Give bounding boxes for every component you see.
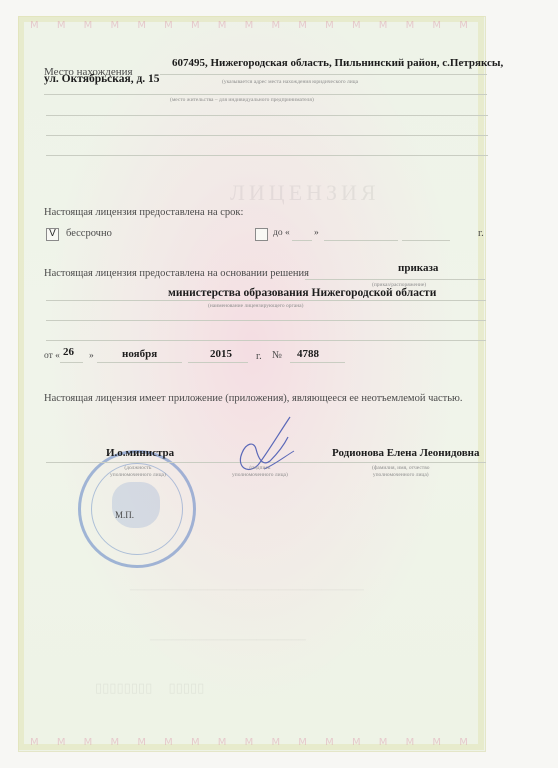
- date-day: 26: [63, 346, 74, 358]
- signatory-name: Родионова Елена Леонидовна: [332, 447, 480, 459]
- until-year-suffix: г.: [478, 228, 484, 239]
- day-rule: [60, 362, 83, 363]
- check-mark-icon: V: [49, 228, 56, 239]
- blank-rule-5: [46, 340, 486, 341]
- indefinite-checkbox[interactable]: V: [46, 228, 59, 241]
- decision-type: приказа: [398, 262, 438, 274]
- border-ornament-top: MMMMMMMMMMMMMMMMM: [30, 20, 470, 31]
- blank-rule-3: [46, 155, 488, 156]
- month-rule: [97, 362, 182, 363]
- address-rule: [160, 74, 487, 75]
- authority-rule: [46, 300, 486, 301]
- seal-label: М.П.: [115, 510, 134, 520]
- blank-rule-1: [46, 115, 488, 116]
- address-line-1: 607495, Нижегородская область, Пильнинск…: [172, 57, 503, 69]
- licensing-authority: министерства образования Нижегородской о…: [168, 287, 436, 299]
- date-year: 2015: [210, 348, 232, 360]
- coat-of-arms-icon: [112, 482, 160, 528]
- decision-type-rule: [305, 279, 485, 280]
- blank-rule-4: [46, 320, 486, 321]
- order-number: 4788: [297, 348, 319, 360]
- date-prefix: от «: [44, 351, 60, 361]
- address-line-2: ул. Октябрьская, д. 15: [44, 73, 160, 85]
- year-suffix: г.: [256, 351, 262, 362]
- until-day-rule: [292, 240, 312, 241]
- appendix-note: Настоящая лицензия имеет приложение (при…: [44, 393, 463, 404]
- residence-rule: [44, 94, 487, 95]
- term-label: Настоящая лицензия предоставлена на срок…: [44, 207, 243, 218]
- until-quote-close: »: [314, 228, 319, 238]
- bleed-through-text: ─────────────────────────────────: [130, 585, 364, 596]
- basis-label: Настоящая лицензия предоставлена на осно…: [44, 268, 309, 279]
- until-label: до «: [273, 228, 290, 238]
- name-caption: (фамилия, имя, отчествоуполномоченного л…: [372, 465, 430, 479]
- border-ornament-bottom: MMMMMMMMMMMMMMMMM: [30, 737, 470, 748]
- authority-caption: (наименование лицензирующего органа): [208, 303, 303, 309]
- date-month: ноября: [122, 348, 157, 360]
- number-rule: [290, 362, 345, 363]
- position-caption: (должностьуполномоченного лица): [110, 465, 166, 479]
- residence-caption: (место жительства – для индивидуального …: [170, 97, 314, 103]
- year-rule: [188, 362, 248, 363]
- until-month-rule: [324, 240, 398, 241]
- date-day-close: »: [89, 351, 94, 361]
- number-sign: №: [272, 350, 282, 361]
- indefinite-label: бессрочно: [66, 228, 112, 239]
- bleed-through-text: ──────────────────────: [150, 635, 306, 646]
- blank-rule-2: [46, 135, 488, 136]
- bleed-through-number: ▯▯▯▯▯▯▯▯ ▯▯▯▯▯: [95, 680, 204, 696]
- watermark: ЛИЦЕНЗИЯ: [230, 180, 380, 206]
- until-checkbox[interactable]: [255, 228, 268, 241]
- address-caption: (указывается адрес места нахождения юрид…: [222, 79, 358, 85]
- signature-caption: (подписьуполномоченного лица): [232, 465, 288, 479]
- until-year-rule: [402, 240, 450, 241]
- signatory-position: И.о.министра: [106, 447, 174, 459]
